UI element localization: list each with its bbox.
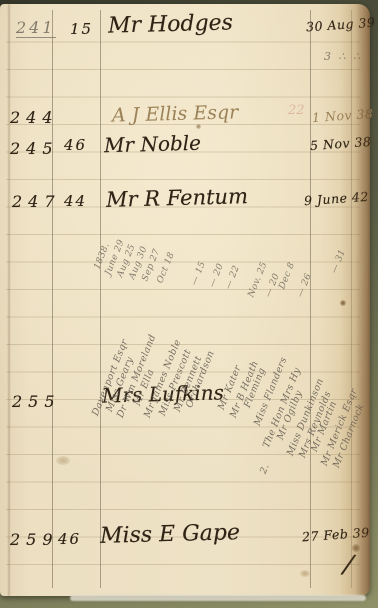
foxing-spot	[300, 570, 310, 577]
diagonal-date: — 15	[189, 260, 208, 287]
page-under-edge	[70, 595, 366, 601]
bleed-through-mark: 22	[288, 103, 305, 118]
binding-crease	[8, 4, 10, 596]
ink-slash-mark: /	[342, 550, 355, 581]
client-name: Mr Hodges	[108, 10, 234, 38]
pencil-mark: 2.	[258, 462, 272, 475]
entry-date: 1 Nov 38	[312, 106, 374, 125]
smudge	[56, 456, 70, 465]
entry-date: 27 Feb 39	[302, 525, 371, 545]
diagonal-date: — 22	[223, 264, 242, 291]
entry-date: 9 June 42	[304, 189, 370, 208]
account-number: 244	[10, 108, 59, 127]
page-edge-curl	[340, 4, 370, 596]
client-name: Miss E Gape	[100, 520, 241, 549]
account-number: 247	[12, 192, 61, 211]
diagonal-date: — 26	[295, 272, 314, 299]
account-number: 245	[10, 139, 59, 158]
entry-date: 5 Nov 38	[310, 134, 372, 153]
column-line-name	[100, 10, 101, 588]
quantity-value: 46	[64, 136, 87, 154]
client-name: Mr R Fentum	[106, 184, 249, 212]
diagonal-date: — 31	[329, 248, 348, 275]
client-name: Mr Noble	[104, 131, 202, 158]
column-line-date	[310, 10, 311, 588]
scanned-ledger-photo: 24115Mr Hodges30 Aug 393 ∴ ∴244A J Ellis…	[0, 0, 378, 608]
entry-date: 30 Aug 39	[306, 15, 376, 35]
quantity-value: 44	[64, 192, 87, 210]
account-number: 255	[12, 392, 61, 411]
quantity-value: 15	[70, 20, 93, 38]
account-number: 259	[10, 530, 59, 549]
ruled-lines	[6, 15, 360, 586]
margin-line-right	[351, 10, 352, 588]
ledger-page: 24115Mr Hodges30 Aug 393 ∴ ∴244A J Ellis…	[0, 4, 370, 596]
foxing-spot	[196, 124, 201, 129]
pencil-note: 3 ∴ ∴	[324, 50, 362, 63]
quantity-value: 46	[58, 530, 81, 548]
column-line-number	[52, 10, 53, 588]
foxing-spot	[340, 300, 346, 306]
account-number: 241	[16, 18, 56, 38]
client-name: A J Ellis Esqr	[112, 101, 239, 126]
